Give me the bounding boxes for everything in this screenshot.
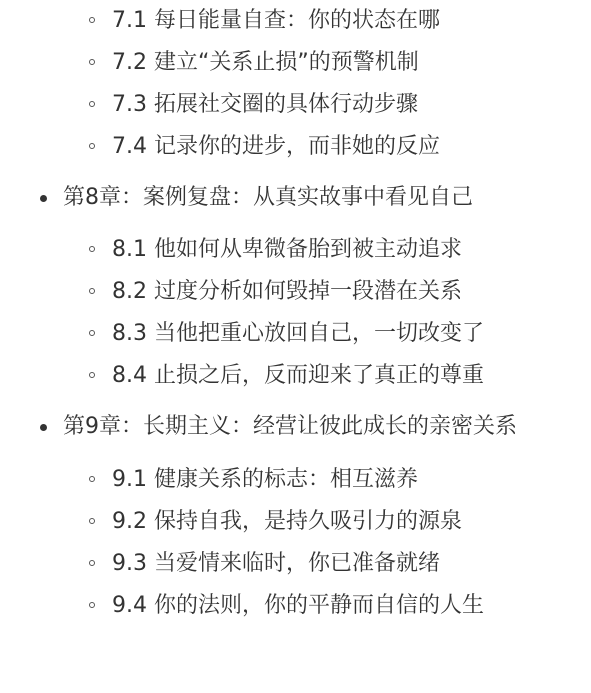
section-label: 8.3 当他把重心放回自己，一切改变了 [112, 321, 484, 346]
chapter-8-section-list: 8.1 他如何从卑微备胎到被主动追求 8.2 过度分析如何毁掉一段潜在关系 8.… [0, 229, 591, 397]
list-item[interactable]: 7.3 拓展社交圈的具体行动步骤 [0, 84, 591, 126]
list-item[interactable]: 9.1 健康关系的标志：相互滋养 [0, 459, 591, 501]
hollow-circle-bullet-icon [89, 288, 95, 294]
list-item[interactable]: 8.4 止损之后，反而迎来了真正的尊重 [0, 355, 591, 397]
section-label: 8.2 过度分析如何毁掉一段潜在关系 [112, 279, 462, 304]
list-item[interactable]: 8.3 当他把重心放回自己，一切改变了 [0, 313, 591, 355]
hollow-circle-bullet-icon [89, 560, 95, 566]
list-item[interactable]: 8.1 他如何从卑微备胎到被主动追求 [0, 229, 591, 271]
section-label: 7.4 记录你的进步，而非她的反应 [112, 134, 440, 159]
list-item[interactable]: 7.1 每日能量自查：你的状态在哪 [0, 0, 591, 42]
section-label: 9.3 当爱情来临时，你已准备就绪 [112, 551, 440, 576]
section-label: 9.1 健康关系的标志：相互滋养 [112, 467, 418, 492]
hollow-circle-bullet-icon [89, 246, 95, 252]
section-label: 9.4 你的法则，你的平静而自信的人生 [112, 593, 484, 618]
chapter-9-section-list: 9.1 健康关系的标志：相互滋养 9.2 保持自我，是持久吸引力的源泉 9.3 … [0, 459, 591, 627]
list-item[interactable]: 9.3 当爱情来临时，你已准备就绪 [0, 543, 591, 585]
filled-disc-bullet-icon [40, 195, 47, 202]
hollow-circle-bullet-icon [89, 143, 95, 149]
chapter-title[interactable]: 第8章：案例复盘：从真实故事中看见自己 [0, 180, 591, 216]
section-label: 8.1 他如何从卑微备胎到被主动追求 [112, 237, 462, 262]
chapter-list: 第8章：案例复盘：从真实故事中看见自己 8.1 他如何从卑微备胎到被主动追求 8… [0, 180, 591, 627]
section-label: 9.2 保持自我，是持久吸引力的源泉 [112, 509, 462, 534]
hollow-circle-bullet-icon [89, 330, 95, 336]
list-item[interactable]: 8.2 过度分析如何毁掉一段潜在关系 [0, 271, 591, 313]
filled-disc-bullet-icon [40, 424, 47, 431]
table-of-contents: 7.1 每日能量自查：你的状态在哪 7.2 建立“关系止损”的预警机制 7.3 … [0, 0, 591, 627]
chapter-8: 第8章：案例复盘：从真实故事中看见自己 8.1 他如何从卑微备胎到被主动追求 8… [0, 180, 591, 397]
hollow-circle-bullet-icon [89, 602, 95, 608]
section-label: 7.3 拓展社交圈的具体行动步骤 [112, 92, 418, 117]
hollow-circle-bullet-icon [89, 476, 95, 482]
chapter-title[interactable]: 第9章：长期主义：经营让彼此成长的亲密关系 [0, 409, 591, 445]
section-label: 8.4 止损之后，反而迎来了真正的尊重 [112, 363, 484, 388]
list-item[interactable]: 7.4 记录你的进步，而非她的反应 [0, 126, 591, 168]
hollow-circle-bullet-icon [89, 17, 95, 23]
chapter-9: 第9章：长期主义：经营让彼此成长的亲密关系 9.1 健康关系的标志：相互滋养 9… [0, 409, 591, 627]
hollow-circle-bullet-icon [89, 59, 95, 65]
list-item[interactable]: 9.4 你的法则，你的平静而自信的人生 [0, 585, 591, 627]
hollow-circle-bullet-icon [89, 518, 95, 524]
section-label: 7.1 每日能量自查：你的状态在哪 [112, 8, 440, 33]
list-item[interactable]: 9.2 保持自我，是持久吸引力的源泉 [0, 501, 591, 543]
chapter-7-section-list: 7.1 每日能量自查：你的状态在哪 7.2 建立“关系止损”的预警机制 7.3 … [0, 0, 591, 168]
chapter-title-text: 第9章：长期主义：经营让彼此成长的亲密关系 [63, 414, 517, 439]
section-label: 7.2 建立“关系止损”的预警机制 [112, 50, 419, 75]
chapter-title-text: 第8章：案例复盘：从真实故事中看见自己 [63, 185, 473, 210]
hollow-circle-bullet-icon [89, 101, 95, 107]
hollow-circle-bullet-icon [89, 372, 95, 378]
list-item[interactable]: 7.2 建立“关系止损”的预警机制 [0, 42, 591, 84]
